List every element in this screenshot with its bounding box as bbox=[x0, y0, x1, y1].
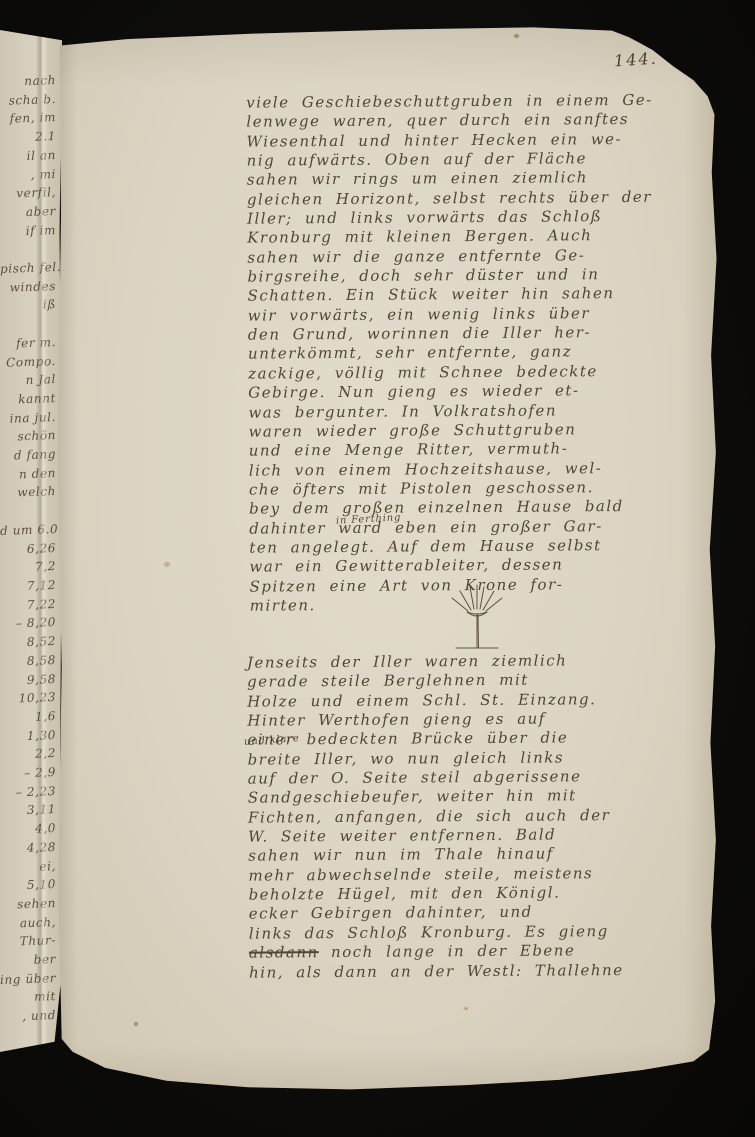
facing-page-fragment: 7,2 bbox=[0, 557, 56, 578]
facing-page-column: nachscha b.fen, im2.1il an, miverfil,abe… bbox=[0, 72, 56, 1026]
facing-page-fragment: 9,58 bbox=[0, 670, 56, 691]
facing-page-fragment: 3,11 bbox=[0, 800, 56, 821]
foxing-spot bbox=[134, 1022, 138, 1026]
struck-word: alsdann bbox=[249, 943, 319, 961]
facing-page-fragment: fer m. bbox=[0, 333, 56, 354]
facing-page-fragment: 2.1 bbox=[0, 127, 56, 148]
facing-page-fragment: n Jal bbox=[0, 370, 56, 391]
facing-page-fragment: 8,52 bbox=[0, 632, 56, 653]
page-number: 144. bbox=[613, 49, 658, 71]
facing-page-fragment: 10,23 bbox=[0, 688, 56, 709]
facing-page-fragment: il an bbox=[0, 146, 56, 167]
facing-page-fragment: if im bbox=[0, 221, 56, 242]
manuscript-page: 144. viele Geschiebeschuttgruben in eine… bbox=[44, 22, 724, 1098]
facing-page-fragment: 7,12 bbox=[0, 576, 56, 597]
lightning-rod-with-crown-sketch-icon bbox=[444, 582, 510, 656]
facing-page-sliver: nachscha b.fen, im2.1il an, miverfil,abe… bbox=[0, 30, 62, 1052]
paragraph-1: viele Geschiebeschuttgruben in einem Ge-… bbox=[246, 90, 712, 615]
facing-page-fragment: pisch fel. bbox=[0, 258, 56, 279]
facing-page-fragment: aber bbox=[0, 202, 56, 223]
facing-page-fragment: welch bbox=[0, 482, 56, 503]
facing-page-fragment: 2,2 bbox=[0, 744, 56, 765]
facing-page-fragment: 8,58 bbox=[0, 651, 56, 672]
facing-page-fragment: fen, im bbox=[0, 108, 56, 129]
facing-page-fragment: iß bbox=[0, 295, 56, 316]
facing-page-fragment: – 2,9 bbox=[0, 763, 56, 784]
facing-page-fragment: 1,6 bbox=[0, 707, 56, 728]
foxing-spot bbox=[164, 562, 170, 567]
facing-page-fragment: d um 6.0. bbox=[0, 520, 56, 541]
facing-page-fragment: 1,30 bbox=[0, 726, 56, 747]
facing-page-fragment: 5,10 bbox=[0, 875, 56, 896]
facing-page-fragment bbox=[0, 501, 56, 522]
facing-page-fragment: d fang bbox=[0, 445, 56, 466]
foxing-spot bbox=[514, 34, 519, 38]
facing-page-fragment: 6,26 bbox=[0, 539, 56, 560]
facing-page-fragment bbox=[0, 314, 56, 335]
facing-page-fragment: , mi bbox=[0, 165, 56, 186]
facing-page-fragment: , und bbox=[0, 1006, 56, 1027]
facing-page-fragment: nach bbox=[0, 71, 56, 92]
facing-page-fragment: Thur- bbox=[0, 931, 56, 952]
facing-page-fragment: scha b. bbox=[0, 90, 56, 111]
facing-page-fragment: Compo. bbox=[0, 352, 56, 373]
facing-page-fragment: verfil, bbox=[0, 183, 56, 204]
facing-page-fragment: sehen bbox=[0, 894, 56, 915]
struck-line-rest: noch lange in der Ebene bbox=[319, 941, 576, 961]
foxing-spot bbox=[464, 1007, 468, 1010]
paragraph-2-lower: hin, als dann an der Westl: Thallehne bbox=[249, 960, 711, 983]
facing-page-fragment: auch, bbox=[0, 913, 56, 934]
facing-page-fragment: 7,22 bbox=[0, 595, 56, 616]
facing-page-fragment: ina jul. bbox=[0, 408, 56, 429]
facing-page-fragment bbox=[0, 239, 56, 260]
paragraph-2-upper: Jenseits der Iller waren ziemlichgerade … bbox=[247, 650, 711, 943]
paragraph-2: Jenseits der Iller waren ziemlichgerade … bbox=[247, 650, 711, 982]
facing-page-fragment: schön bbox=[0, 426, 56, 447]
facing-page-fragment: ber bbox=[0, 950, 56, 971]
facing-page-fragment: 4,0 bbox=[0, 819, 56, 840]
facing-page-fragment: mit bbox=[0, 987, 56, 1008]
manuscript-line: hin, als dann an der Westl: Thallehne bbox=[249, 960, 711, 983]
facing-page-fragment: – 8,20 bbox=[0, 613, 56, 634]
facing-page-fragment: ei, bbox=[0, 857, 56, 878]
facing-page-fragment: 4,28 bbox=[0, 838, 56, 859]
facing-page-fragment: kannt bbox=[0, 389, 56, 410]
